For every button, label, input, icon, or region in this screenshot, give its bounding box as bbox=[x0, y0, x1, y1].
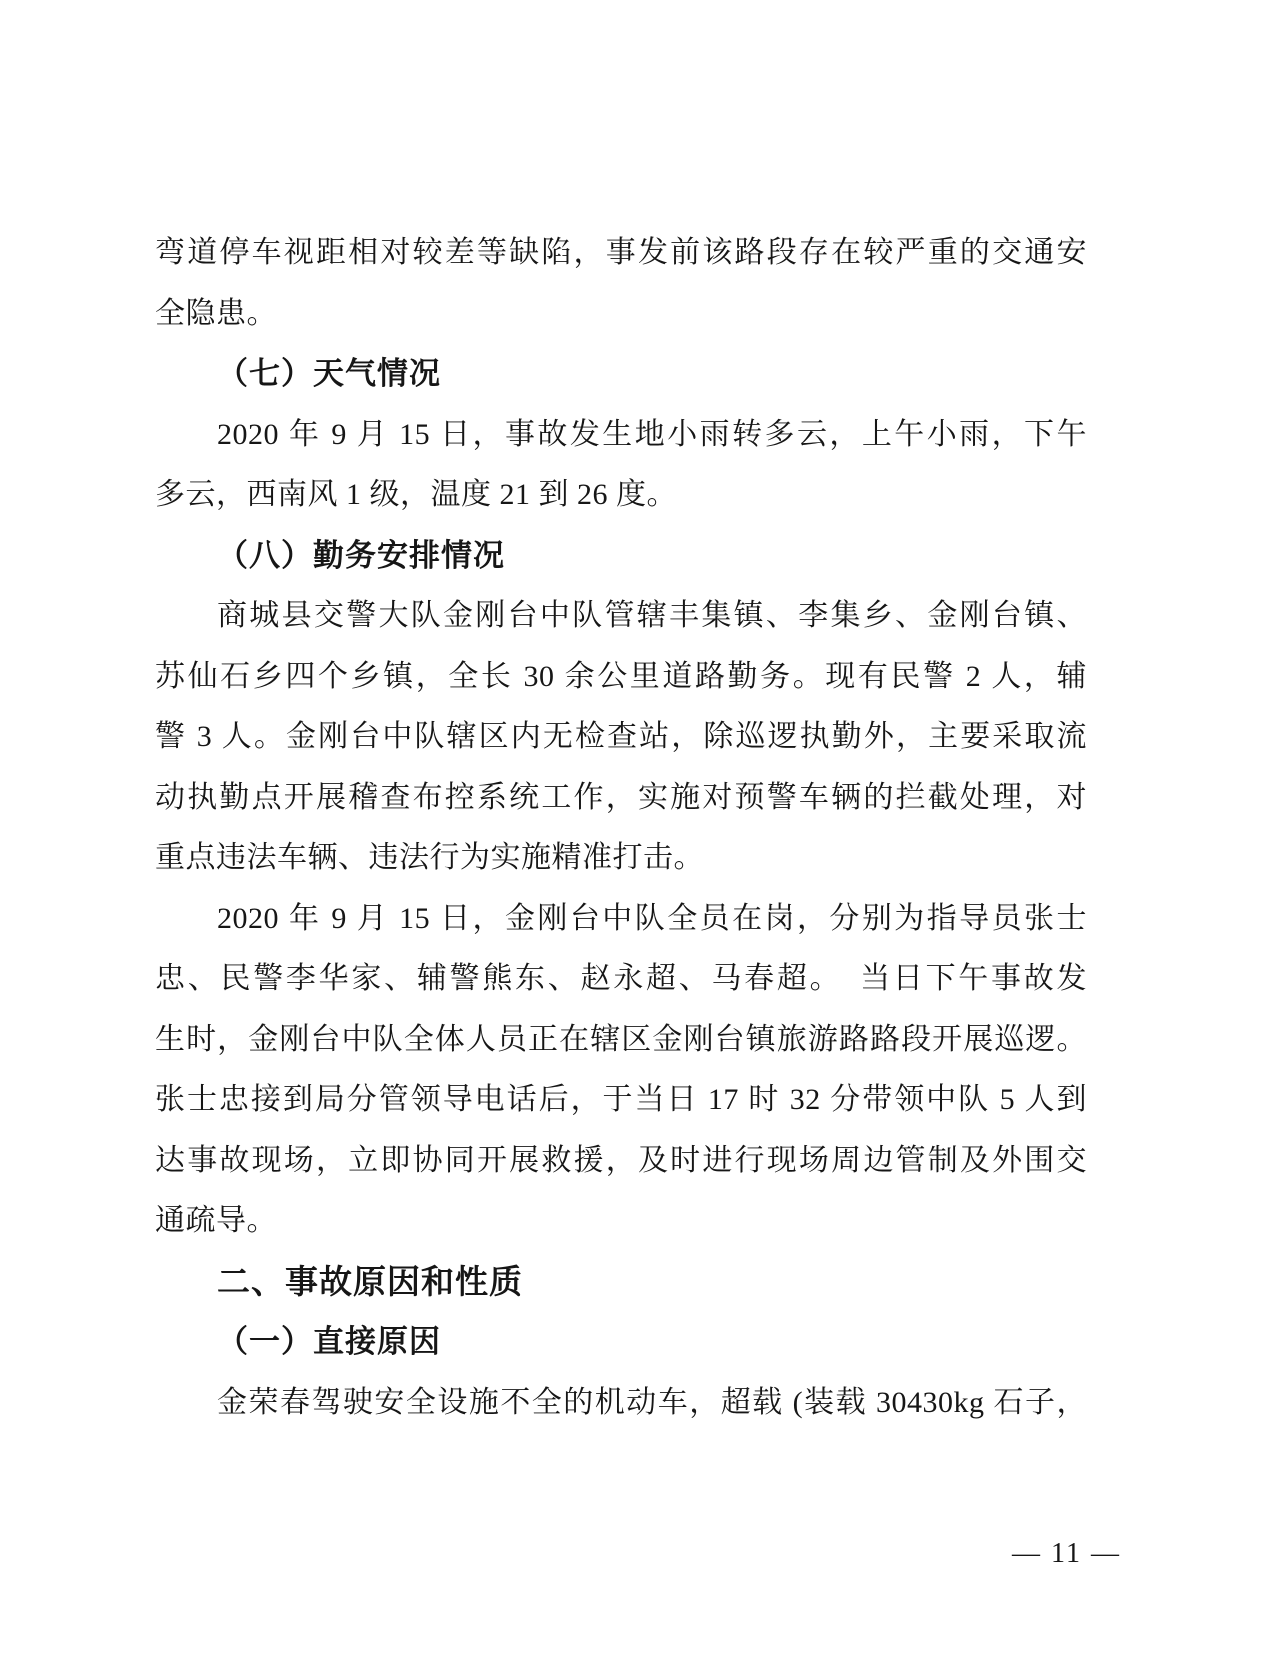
document-body: 弯道停车视距相对较差等缺陷，事发前该路段存在较严重的交通安 全隐患。 （七）天气… bbox=[155, 223, 1087, 1433]
text-line: 张士忠接到局分管领导电话后，于当日 17 时 32 分带领中队 5 人到 bbox=[155, 1070, 1087, 1131]
page-number: — 11 — bbox=[1012, 1538, 1121, 1570]
text-line: 2020 年 9 月 15 日，金刚台中队全员在岗，分别为指导员张士 bbox=[155, 889, 1087, 950]
heading-accident-cause: 二、事故原因和性质 bbox=[155, 1252, 1087, 1313]
heading-weather: （七）天气情况 bbox=[155, 344, 1087, 405]
text-line: 金荣春驾驶安全设施不全的机动车，超载 (装载 30430kg 石子， bbox=[155, 1373, 1087, 1434]
text-line: 苏仙石乡四个乡镇，全长 30 余公里道路勤务。现有民警 2 人，辅 bbox=[155, 647, 1087, 708]
text-line: 通疏导。 bbox=[155, 1191, 1087, 1252]
text-line: 生时，金刚台中队全体人员正在辖区金刚台镇旅游路路段开展巡逻。 bbox=[155, 1010, 1087, 1071]
text-line: 全隐患。 bbox=[155, 284, 1087, 345]
text-line: 动执勤点开展稽查布控系统工作，实施对预警车辆的拦截处理，对 bbox=[155, 768, 1087, 829]
text-line: 警 3 人。金刚台中队辖区内无检查站，除巡逻执勤外，主要采取流 bbox=[155, 707, 1087, 768]
text-line: 重点违法车辆、违法行为实施精准打击。 bbox=[155, 828, 1087, 889]
document-page: 弯道停车视距相对较差等缺陷，事发前该路段存在较严重的交通安 全隐患。 （七）天气… bbox=[0, 0, 1280, 1656]
text-line: 达事故现场，立即协同开展救援，及时进行现场周边管制及外围交 bbox=[155, 1131, 1087, 1192]
text-line: 忠、民警李华家、辅警熊东、赵永超、马春超。 当日下午事故发 bbox=[155, 949, 1087, 1010]
text-line: 多云，西南风 1 级，温度 21 到 26 度。 bbox=[155, 465, 1087, 526]
heading-direct-cause: （一）直接原因 bbox=[155, 1312, 1087, 1373]
text-line: 弯道停车视距相对较差等缺陷，事发前该路段存在较严重的交通安 bbox=[155, 223, 1087, 284]
text-line: 商城县交警大队金刚台中队管辖丰集镇、李集乡、金刚台镇、 bbox=[155, 586, 1087, 647]
text-line: 2020 年 9 月 15 日，事故发生地小雨转多云，上午小雨，下午 bbox=[155, 405, 1087, 466]
heading-duty-arrangement: （八）勤务安排情况 bbox=[155, 526, 1087, 587]
